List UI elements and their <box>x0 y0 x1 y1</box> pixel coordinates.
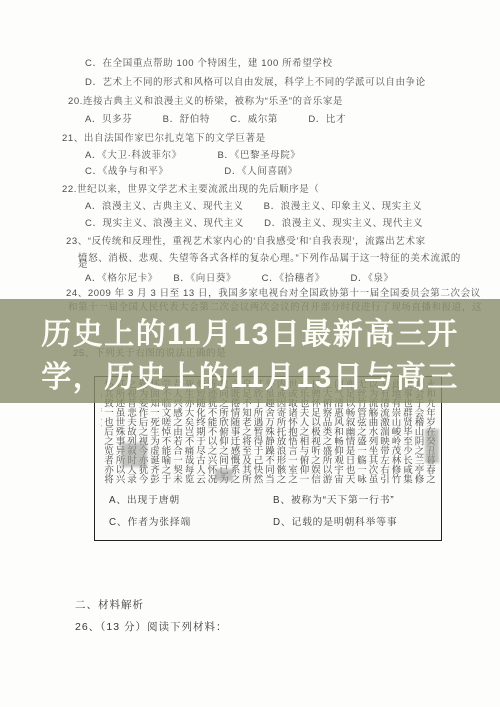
article-title: 历史上的11月13日最新高三开 学，历史上的11月13日与高三 <box>0 313 500 399</box>
scanned-exam-page: C．在全国重点帮助 100 个特困生，建 100 所希望学校 D．艺术上不同的形… <box>0 0 500 707</box>
exam-text-line: 22.世纪以来，世界文学艺术主要流派出现的先后顺序是（ <box>62 184 319 196</box>
exam-text-line: 愤怒、消极、悲观、失望等各式各样的复杂心理。”下列作品属于这一特征的美术流派的 <box>78 253 461 265</box>
article-title-line2: 学，历史上的11月13日与高三 <box>0 356 500 399</box>
scan-smudge <box>121 443 147 467</box>
exam-text-line: A．《大卫·科波菲尔》 B．《巴黎圣母院》 <box>85 150 301 162</box>
section-2-heading: 二、材料解析 <box>75 597 144 612</box>
q25-option-c: C、作者为张择端 <box>109 514 191 528</box>
question-26-stem: 26、（13 分）阅读下列材料： <box>75 619 228 634</box>
exam-text-line: 23、“反传统和反理性，重视艺术家内心的‘自我感受’和‘自我表现’，流露出艺术家 <box>66 236 426 248</box>
exam-text-line: D．艺术上不同的形式和风格可以自由发展，科学上不同的学派可以自由争论 <box>85 77 426 89</box>
exam-text-line: 21、出自法国作家巴尔扎克笔下的文学巨著是 <box>62 133 266 145</box>
exam-text-line: C．《战争与和平》 D．《人间喜剧》 <box>85 166 298 178</box>
exam-text-line: 20.连接古典主义和浪漫主义的桥梁，被称为“乐圣”的音乐家是 <box>68 96 343 108</box>
q25-option-b: B、被称为“天下第一行书” <box>273 492 394 506</box>
q25-option-a: A、出现于唐朝 <box>109 492 180 506</box>
exam-text-line: 是 <box>78 259 88 271</box>
article-title-line1: 历史上的11月13日最新高三开 <box>0 313 500 356</box>
scan-smudge <box>425 429 439 463</box>
exam-text-line: A．浪漫主义、古典主义、现代主义 B．浪漫主义、印象主义、现实主义 <box>85 201 422 213</box>
scan-smudge <box>215 469 233 481</box>
q25-option-d: D、记载的是明朝科举等事 <box>273 514 397 528</box>
exam-text-line: C．在全国重点帮助 100 个特困生，建 100 所希望学校 <box>85 58 333 70</box>
exam-text-line: A．贝多芬 B．舒伯特 C．威尔第 D．比才 <box>85 114 346 126</box>
exam-text-line: C．现实主义、浪漫主义、现代主义 D．浪漫主义、现实主义、现代主义 <box>85 218 423 230</box>
exam-text-line: A．《格尔尼卡》 B．《向日葵》 C．《拾穗者》 D．《泉》 <box>85 273 394 285</box>
